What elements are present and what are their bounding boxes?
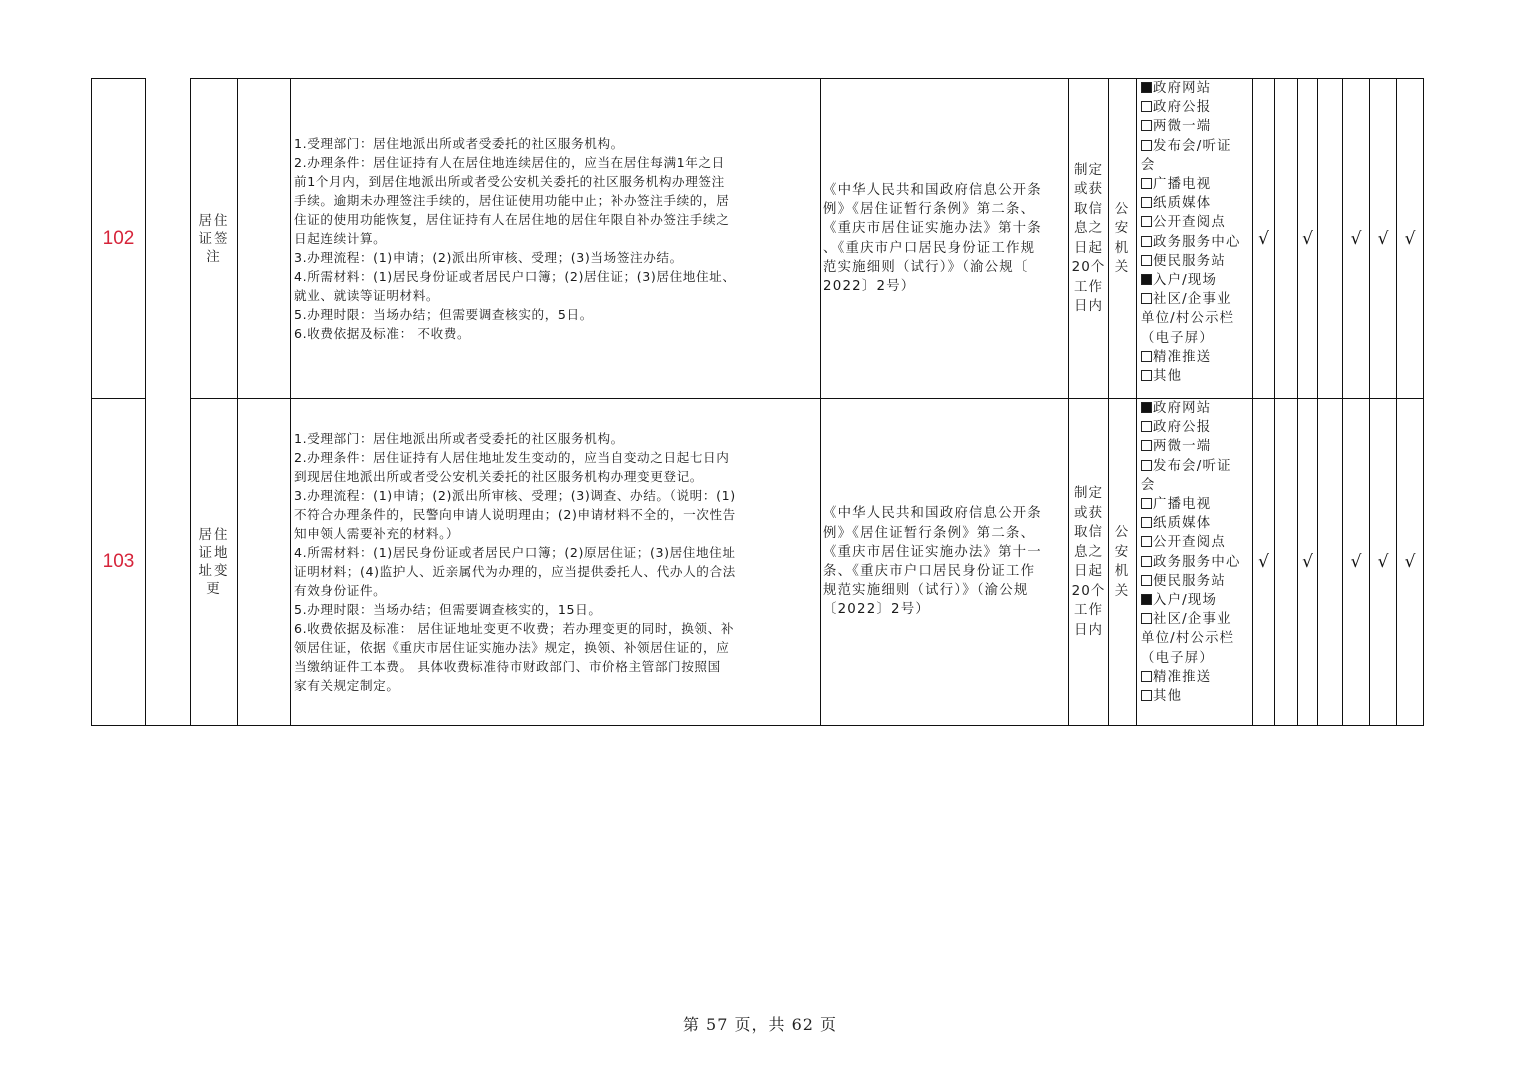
unchecked-box-icon: [1141, 216, 1152, 227]
mark-cell: √: [1252, 78, 1275, 399]
unchecked-box-icon: [1141, 671, 1152, 682]
channel-label: 广播电视: [1153, 497, 1211, 512]
unchecked-box-icon: [1141, 440, 1152, 451]
channel-option: 纸质媒体: [1141, 194, 1250, 213]
channel-option: 两微一端: [1141, 117, 1250, 136]
channel-label: 精准推送: [1153, 350, 1211, 365]
unchecked-box-icon: [1141, 460, 1152, 471]
row-number: 102: [103, 228, 135, 250]
sub-item-cell: [237, 78, 291, 399]
legal-basis: 《中华人民共和国政府信息公开条 例》《居住证暂行条例》第二条、 《重庆市居住证实…: [823, 504, 1042, 619]
channel-label: 政府公报: [1153, 420, 1211, 435]
channel-option: 社区/企事业 单位/村公示栏 （电子屏）: [1141, 290, 1250, 348]
channel-option: 政府网站: [1141, 399, 1250, 418]
row-number-cell: 102: [91, 78, 146, 399]
mark-cell: √: [1342, 78, 1370, 399]
channels-cell: 政府网站政府公报两微一端发布会/听证 会广播电视纸质媒体公开查阅点政务服务中心便…: [1136, 78, 1253, 399]
check-mark: √: [1302, 552, 1313, 572]
channel-option: 入户/现场: [1141, 271, 1250, 290]
check-mark: √: [1258, 229, 1269, 249]
channel-option: 发布会/听证 会: [1141, 457, 1250, 495]
mark-cell: √: [1369, 398, 1397, 726]
channel-label: 社区/企事业 单位/村公示栏 （电子屏）: [1141, 292, 1234, 345]
mark-cell: √: [1252, 398, 1275, 726]
check-mark: √: [1378, 229, 1389, 249]
channel-label: 社区/企事业 单位/村公示栏 （电子屏）: [1141, 612, 1234, 665]
item-description: 1.受理部门：居住地派出所或者受委托的社区服务机构。 2.办理条件：居住证持有人…: [294, 429, 736, 695]
item-name-cell: 居住 证签 注: [190, 78, 238, 399]
mark-cell: √: [1342, 398, 1370, 726]
description-cell: 1.受理部门：居住地派出所或者受委托的社区服务机构。 2.办理条件：居住证持有人…: [290, 398, 821, 726]
unchecked-box-icon: [1141, 351, 1152, 362]
channel-option: 便民服务站: [1141, 252, 1250, 271]
mark-cell: √: [1369, 78, 1397, 399]
unchecked-box-icon: [1141, 575, 1152, 586]
channel-option: 纸质媒体: [1141, 514, 1250, 533]
check-mark: √: [1351, 229, 1362, 249]
sub-item-cell: [237, 398, 291, 726]
unchecked-box-icon: [1141, 556, 1152, 567]
subject-cell: 公 安 机 关: [1108, 78, 1137, 399]
checked-box-icon: [1141, 82, 1152, 93]
channel-label: 政府网站: [1153, 401, 1211, 416]
time-limit: 制定 或获 取信 息之 日起 20个 工作 日内: [1072, 484, 1106, 640]
channels-cell: 政府网站政府公报两微一端发布会/听证 会广播电视纸质媒体公开查阅点政务服务中心便…: [1136, 398, 1253, 726]
mark-cell: [1274, 398, 1298, 726]
channel-label: 政府网站: [1153, 81, 1211, 96]
page-footer: 第 57 页，共 62 页: [0, 1012, 1520, 1035]
channel-label: 便民服务站: [1153, 574, 1226, 589]
unchecked-box-icon: [1141, 370, 1152, 381]
channel-option: 其他: [1141, 687, 1250, 706]
mark-cell: [1317, 78, 1343, 399]
channel-option: 政府公报: [1141, 98, 1250, 117]
channel-option: 精准推送: [1141, 348, 1250, 367]
mark-cell: √: [1297, 398, 1318, 726]
channel-option: 广播电视: [1141, 495, 1250, 514]
channel-option: 便民服务站: [1141, 572, 1250, 591]
subject: 公 安 机 关: [1115, 523, 1131, 601]
unchecked-box-icon: [1141, 517, 1152, 528]
channel-label: 发布会/听证 会: [1141, 459, 1232, 493]
description-cell: 1.受理部门：居住地派出所或者受委托的社区服务机构。 2.办理条件：居住证持有人…: [290, 78, 821, 399]
channel-label: 政务服务中心: [1153, 555, 1241, 570]
check-mark: √: [1302, 229, 1313, 249]
channel-option: 公开查阅点: [1141, 533, 1250, 552]
channel-label: 入户/现场: [1153, 593, 1217, 608]
unchecked-box-icon: [1141, 421, 1152, 432]
check-mark: √: [1258, 552, 1269, 572]
channel-option: 社区/企事业 单位/村公示栏 （电子屏）: [1141, 610, 1250, 668]
item-description: 1.受理部门：居住地派出所或者受委托的社区服务机构。 2.办理条件：居住证持有人…: [294, 134, 736, 343]
channel-label: 入户/现场: [1153, 273, 1217, 288]
checked-box-icon: [1141, 594, 1152, 605]
channel-option: 公开查阅点: [1141, 213, 1250, 232]
channel-label: 纸质媒体: [1153, 196, 1211, 211]
channel-label: 公开查阅点: [1153, 535, 1226, 550]
unchecked-box-icon: [1141, 613, 1152, 624]
subject-cell: 公 安 机 关: [1108, 398, 1137, 726]
channel-option: 政务服务中心: [1141, 233, 1250, 252]
unchecked-box-icon: [1141, 101, 1152, 112]
channel-label: 其他: [1153, 369, 1182, 384]
channel-option: 其他: [1141, 367, 1250, 386]
channel-option: 精准推送: [1141, 668, 1250, 687]
channel-option: 发布会/听证 会: [1141, 137, 1250, 175]
checked-box-icon: [1141, 274, 1152, 285]
channel-label: 精准推送: [1153, 670, 1211, 685]
channel-option: 广播电视: [1141, 175, 1250, 194]
channel-option: 政务服务中心: [1141, 553, 1250, 572]
channel-label: 政府公报: [1153, 100, 1211, 115]
mark-cell: √: [1297, 78, 1318, 399]
document-page: 102 居住 证签 注 1.受理部门：居住地派出所或者受委托的社区服务机构。 2…: [0, 0, 1520, 1074]
check-mark: √: [1405, 229, 1416, 249]
row-number-cell: 103: [91, 398, 146, 726]
check-mark: √: [1405, 552, 1416, 572]
channel-label: 政务服务中心: [1153, 235, 1241, 250]
unchecked-box-icon: [1141, 236, 1152, 247]
mark-cell: √: [1396, 398, 1424, 726]
subject: 公 安 机 关: [1115, 200, 1131, 278]
channel-label: 便民服务站: [1153, 254, 1226, 269]
legal-basis: 《中华人民共和国政府信息公开条 例》《居住证暂行条例》第二条、 《重庆市居住证实…: [823, 181, 1042, 296]
checked-box-icon: [1141, 402, 1152, 413]
mark-cell: [1317, 398, 1343, 726]
channel-label: 广播电视: [1153, 177, 1211, 192]
channel-label: 两微一端: [1153, 439, 1211, 454]
category-merged-cell: [145, 78, 191, 726]
row-number: 103: [103, 551, 135, 573]
channel-label: 其他: [1153, 689, 1182, 704]
unchecked-box-icon: [1141, 197, 1152, 208]
legal-basis-cell: 《中华人民共和国政府信息公开条 例》《居住证暂行条例》第二条、 《重庆市居住证实…: [820, 78, 1069, 399]
mark-cell: [1274, 78, 1298, 399]
check-mark: √: [1378, 552, 1389, 572]
legal-basis-cell: 《中华人民共和国政府信息公开条 例》《居住证暂行条例》第二条、 《重庆市居住证实…: [820, 398, 1069, 726]
channel-option: 入户/现场: [1141, 591, 1250, 610]
channel-option: 政府网站: [1141, 79, 1250, 98]
unchecked-box-icon: [1141, 120, 1152, 131]
time-limit: 制定 或获 取信 息之 日起 20个 工作 日内: [1072, 161, 1106, 317]
unchecked-box-icon: [1141, 536, 1152, 547]
item-name: 居住 证签 注: [199, 212, 230, 266]
unchecked-box-icon: [1141, 690, 1152, 701]
time-limit-cell: 制定 或获 取信 息之 日起 20个 工作 日内: [1068, 78, 1109, 399]
time-limit-cell: 制定 或获 取信 息之 日起 20个 工作 日内: [1068, 398, 1109, 726]
channel-label: 两微一端: [1153, 119, 1211, 134]
channel-label: 纸质媒体: [1153, 516, 1211, 531]
unchecked-box-icon: [1141, 293, 1152, 304]
unchecked-box-icon: [1141, 140, 1152, 151]
channel-option: 政府公报: [1141, 418, 1250, 437]
unchecked-box-icon: [1141, 255, 1152, 266]
unchecked-box-icon: [1141, 498, 1152, 509]
unchecked-box-icon: [1141, 178, 1152, 189]
channel-label: 发布会/听证 会: [1141, 139, 1232, 173]
item-name: 居住 证地 址变 更: [199, 526, 230, 598]
item-name-cell: 居住 证地 址变 更: [190, 398, 238, 726]
check-mark: √: [1351, 552, 1362, 572]
channel-label: 公开查阅点: [1153, 215, 1226, 230]
mark-cell: √: [1396, 78, 1424, 399]
channel-option: 两微一端: [1141, 437, 1250, 456]
